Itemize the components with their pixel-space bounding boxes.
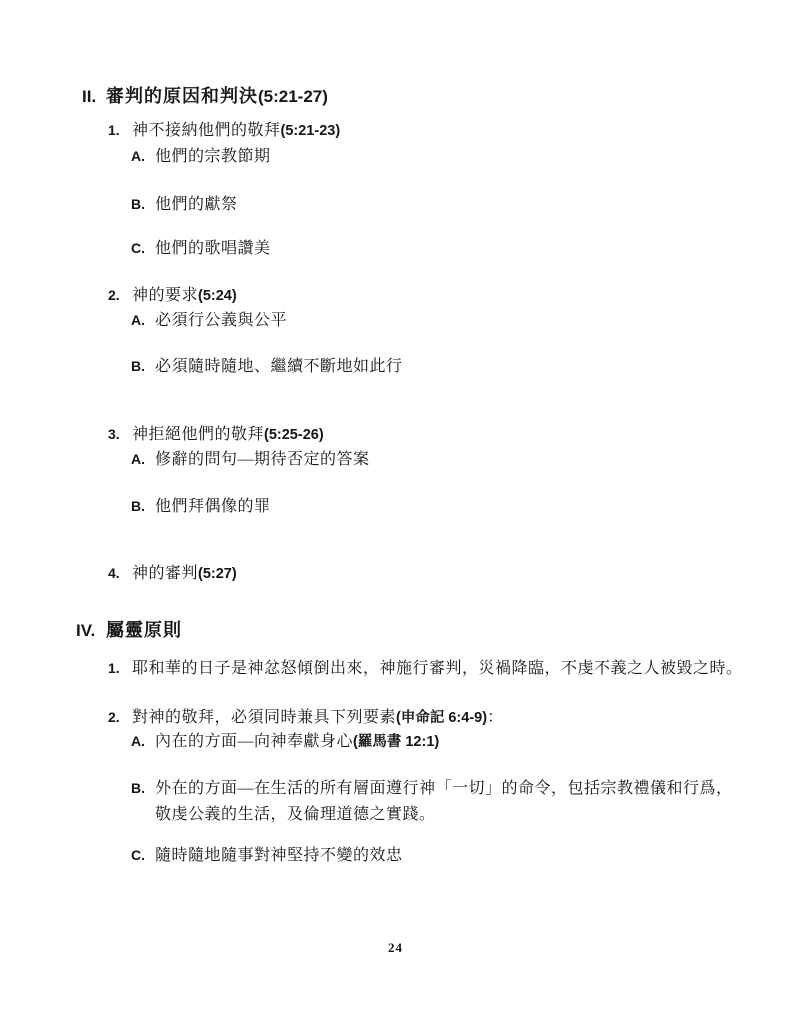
scripture-ref: (5:21-27) (258, 87, 328, 106)
subitem-label: C. (131, 238, 155, 259)
subitem-text: 他們的宗教節期 (155, 146, 271, 168)
scripture-ref: (申命記 6:4-9) (396, 710, 487, 726)
item-text: 神的審判(5:27) (132, 563, 237, 585)
outline-subitem: C. 他們的歌唱讚美 (131, 238, 271, 260)
outline-item: 1. 神不接納他們的敬拜(5:21-23) (108, 120, 340, 142)
item-label: 4. (108, 563, 132, 584)
item-label: 2. (108, 285, 132, 306)
scripture-ref: (5:25-26) (264, 427, 324, 443)
subitem-label: A. (131, 310, 155, 331)
page-number: 24 (0, 940, 791, 956)
item-label: 1. (108, 120, 132, 141)
scripture-ref: (羅馬書 12:1) (353, 734, 439, 750)
section-title: 屬靈原則 (106, 618, 182, 643)
subitem-text: 他們的獻祭 (155, 194, 238, 216)
item-text: 耶和華的日子是神忿怒傾倒出來，神施行審判，災禍降臨，不虔不義之人被毀之時。 (132, 658, 743, 680)
item-text-main: 對神的敬拜，必須同時兼具下列要素 (132, 709, 396, 726)
outline-item: 3. 神拒絕他們的敬拜(5:25-26) (108, 424, 324, 446)
subitem-text: 他們拜偶像的罪 (155, 496, 271, 518)
subitem-label: A. (131, 449, 155, 470)
item-text-main: 神的要求 (132, 287, 198, 304)
scripture-ref: (5:27) (198, 566, 237, 582)
outline-item: 1. 耶和華的日子是神忿怒傾倒出來，神施行審判，災禍降臨，不虔不義之人被毀之時。 (108, 658, 743, 680)
subitem-text-main: 內在的方面—向神奉獻身心 (155, 733, 353, 750)
outline-item: 2. 對神的敬拜，必須同時兼具下列要素(申命記 6:4-9)： (108, 707, 504, 729)
outline-subitem: C. 隨時隨地隨事對神堅持不變的效忠 (131, 845, 403, 867)
item-text-main: 耶和華的日子是神忿怒傾倒出來，神施行審判，災禍降臨，不虔不義之人被毀之時。 (132, 660, 743, 677)
scripture-ref: (5:21-23) (281, 123, 341, 139)
subitem-text: 他們的歌唱讚美 (155, 238, 271, 260)
section-heading-iv: IV. 屬靈原則 (76, 618, 182, 643)
subitem-label: C. (131, 845, 155, 866)
outline-subitem: B. 外在的方面—在生活的所有層面遵行神「一切」的命令，包括宗教禮儀和行爲，敬虔… (131, 776, 747, 828)
subitem-label: B. (131, 778, 155, 799)
outline-subitem: A. 必須行公義與公平 (131, 310, 287, 332)
item-text-tail: ： (487, 709, 504, 726)
section-heading-ii: II. 審判的原因和判決(5:21-27) (82, 84, 328, 109)
outline-subitem: A. 他們的宗教節期 (131, 146, 271, 168)
outline-subitem: B. 他們拜偶像的罪 (131, 496, 271, 518)
outline-subitem: B. 必須隨時隨地、繼續不斷地如此行 (131, 356, 403, 378)
subitem-label: B. (131, 496, 155, 517)
subitem-text-main: 他們拜偶像的罪 (155, 498, 271, 515)
item-text: 神拒絕他們的敬拜(5:25-26) (132, 424, 324, 446)
subitem-label: A. (131, 146, 155, 167)
document-page: II. 審判的原因和判決(5:21-27) 1. 神不接納他們的敬拜(5:21-… (0, 0, 791, 1024)
subitem-text-main: 必須隨時隨地、繼續不斷地如此行 (155, 358, 403, 375)
subitem-text-main: 修辭的問句—期待否定的答案 (155, 451, 370, 468)
subitem-text: 隨時隨地隨事對神堅持不變的效忠 (155, 845, 403, 867)
section-title: 審判的原因和判決(5:21-27) (106, 84, 328, 109)
subitem-label: B. (131, 194, 155, 215)
item-label: 3. (108, 424, 132, 445)
subitem-text-main: 他們的宗教節期 (155, 148, 271, 165)
subitem-label: A. (131, 731, 155, 752)
subitem-text-main: 他們的歌唱讚美 (155, 240, 271, 257)
item-text: 對神的敬拜，必須同時兼具下列要素(申命記 6:4-9)： (132, 707, 504, 729)
subitem-text: 必須隨時隨地、繼續不斷地如此行 (155, 356, 403, 378)
item-text: 神不接納他們的敬拜(5:21-23) (132, 120, 340, 142)
subitem-label: B. (131, 356, 155, 377)
outline-item: 4. 神的審判(5:27) (108, 563, 237, 585)
outline-subitem: B. 他們的獻祭 (131, 194, 238, 216)
item-text-main: 神拒絕他們的敬拜 (132, 426, 264, 443)
item-text: 神的要求(5:24) (132, 285, 237, 307)
section-title-text: 審判的原因和判決 (106, 86, 258, 106)
section-label: IV. (76, 619, 106, 643)
section-title-text: 屬靈原則 (106, 620, 182, 640)
item-text-main: 神的審判 (132, 565, 198, 582)
subitem-text-main: 他們的獻祭 (155, 196, 238, 213)
subitem-text: 修辭的問句—期待否定的答案 (155, 449, 370, 471)
outline-item: 2. 神的要求(5:24) (108, 285, 237, 307)
item-label: 2. (108, 707, 132, 728)
subitem-text-main: 隨時隨地隨事對神堅持不變的效忠 (155, 847, 403, 864)
subitem-text: 外在的方面—在生活的所有層面遵行神「一切」的命令，包括宗教禮儀和行爲，敬虔公義的… (155, 776, 747, 828)
subitem-text-main: 必須行公義與公平 (155, 312, 287, 329)
subitem-text-main: 外在的方面—在生活的所有層面遵行神「一切」的命令，包括宗教禮儀和行爲，敬虔公義的… (155, 780, 733, 823)
outline-subitem: A. 修辭的問句—期待否定的答案 (131, 449, 370, 471)
scripture-ref: (5:24) (198, 288, 237, 304)
item-text-main: 神不接納他們的敬拜 (132, 122, 281, 139)
subitem-text: 必須行公義與公平 (155, 310, 287, 332)
outline-subitem: A. 內在的方面—向神奉獻身心(羅馬書 12:1) (131, 731, 439, 753)
section-label: II. (82, 85, 106, 109)
subitem-text: 內在的方面—向神奉獻身心(羅馬書 12:1) (155, 731, 439, 753)
item-label: 1. (108, 658, 132, 679)
